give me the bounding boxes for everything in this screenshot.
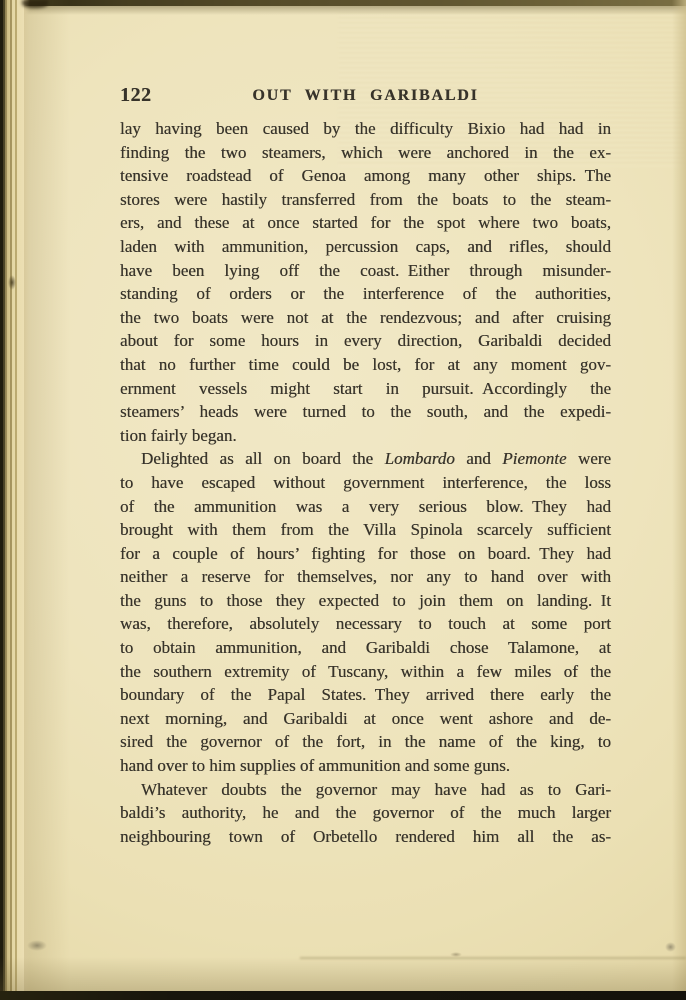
text-line: neither a reserve for themselves, nor an…: [120, 565, 611, 589]
text-segment: that no further time could be lost, for …: [120, 355, 611, 374]
text-line: boundary of the Papal States. They arriv…: [120, 683, 611, 707]
text-line: hand over to him supplies of ammunition …: [120, 754, 611, 778]
text-segment: baldi’s authority, he and the governor o…: [120, 803, 611, 822]
text-line: ernment vessels might start in pursuit. …: [120, 377, 611, 401]
text-line: the southern extremity of Tuscany, withi…: [120, 660, 611, 684]
text-line: to have escaped without government inter…: [120, 471, 611, 495]
text-line: finding the two steamers, which were anc…: [120, 141, 611, 165]
page-number: 122: [120, 84, 152, 107]
text-segment: to obtain ammunition, and Garibaldi chos…: [120, 638, 611, 657]
text-segment: tion fairly began.: [120, 426, 237, 445]
text-segment: Delighted as all on board the: [141, 449, 385, 468]
text-line: the two boats were not at the rendezvous…: [120, 306, 611, 330]
page-fore-edge: [672, 0, 686, 1000]
text-segment: ers, and these at once started for the s…: [120, 213, 611, 232]
text-segment: about for some hours in every direction,…: [120, 331, 611, 350]
text-segment: Whatever doubts the governor may have ha…: [141, 780, 611, 799]
text-segment: brought with them from the Villa Spinola…: [120, 520, 611, 539]
text-line: tensive roadstead of Genoa among many ot…: [120, 164, 611, 188]
text-segment: hand over to him supplies of ammunition …: [120, 756, 510, 775]
text-line: tion fairly began.: [120, 424, 611, 448]
paper-speck: [665, 942, 676, 952]
text-line: have been lying off the coast. Either th…: [120, 259, 611, 283]
text-segment: boundary of the Papal States. They arriv…: [120, 685, 611, 704]
text-line: the guns to those they expected to join …: [120, 589, 611, 613]
text-segment: of the ammunition was a very serious blo…: [120, 497, 611, 516]
text-line: next morning, and Garibaldi at once went…: [120, 707, 611, 731]
page-edge-line: [300, 957, 686, 959]
text-segment: the guns to those they expected to join …: [120, 591, 611, 610]
text-segment: have been lying off the coast. Either th…: [120, 261, 611, 280]
gutter-shadow: [24, 0, 70, 1000]
text-line: was, therefore, absolutely necessary to …: [120, 612, 611, 636]
book-scan: 122 OUT WITH GARIBALDI lay having been c…: [0, 0, 686, 1000]
text-line: Whatever doubts the governor may have ha…: [120, 778, 611, 802]
text-segment: were: [567, 449, 612, 468]
text-segment: lay having been caused by the difficulty…: [120, 119, 611, 138]
text-line: that no further time could be lost, for …: [120, 353, 611, 377]
text-segment: next morning, and Garibaldi at once went…: [120, 709, 611, 728]
text-line: standing of orders or the interference o…: [120, 282, 611, 306]
spine-blemish: [8, 275, 16, 290]
book-edge-bottom: [0, 991, 686, 1000]
text-segment: steamers’ heads were turned to the south…: [120, 402, 611, 421]
text-line: ers, and these at once started for the s…: [120, 211, 611, 235]
text-segment: stores were hastily transferred from the…: [120, 190, 611, 209]
ship-name-italic: Piemonte: [502, 449, 566, 468]
text-segment: tensive roadstead of Genoa among many ot…: [120, 166, 611, 185]
text-segment: neighbouring town of Orbetello rendered …: [120, 827, 611, 846]
text-line: about for some hours in every direction,…: [120, 329, 611, 353]
text-segment: was, therefore, absolutely necessary to …: [120, 614, 611, 633]
text-line: laden with ammunition, percussion caps, …: [120, 235, 611, 259]
text-line: baldi’s authority, he and the governor o…: [120, 801, 611, 825]
text-line: sired the governor of the fort, in the n…: [120, 730, 611, 754]
text-segment: finding the two steamers, which were anc…: [120, 143, 611, 162]
ship-name-italic: Lombardo: [385, 449, 455, 468]
text-segment: and: [455, 449, 503, 468]
text-segment: the two boats were not at the rendezvous…: [120, 308, 611, 327]
corner-blemish: [22, 0, 48, 8]
text-segment: neither a reserve for themselves, nor an…: [120, 567, 611, 586]
body-text: lay having been caused by the difficulty…: [120, 117, 611, 848]
text-segment: for a couple of hours’ fighting for thos…: [120, 544, 611, 563]
text-line: stores were hastily transferred from the…: [120, 188, 611, 212]
text-segment: ernment vessels might start in pursuit. …: [120, 379, 611, 398]
page-header: 122 OUT WITH GARIBALDI: [120, 84, 611, 108]
text-line: to obtain ammunition, and Garibaldi chos…: [120, 636, 611, 660]
text-segment: to have escaped without government inter…: [120, 473, 611, 492]
text-segment: standing of orders or the interference o…: [120, 284, 611, 303]
text-line: brought with them from the Villa Spinola…: [120, 518, 611, 542]
text-line: lay having been caused by the difficulty…: [120, 117, 611, 141]
text-line: for a couple of hours’ fighting for thos…: [120, 542, 611, 566]
text-line: of the ammunition was a very serious blo…: [120, 495, 611, 519]
text-segment: sired the governor of the fort, in the n…: [120, 732, 611, 751]
text-segment: laden with ammunition, percussion caps, …: [120, 237, 611, 256]
text-segment: the southern extremity of Tuscany, withi…: [120, 662, 611, 681]
book-edge-bottom-shadow: [0, 957, 686, 991]
text-line: Delighted as all on board the Lombardo a…: [120, 447, 611, 471]
text-line: neighbouring town of Orbetello rendered …: [120, 825, 611, 849]
book-edge-top-shadow: [0, 6, 686, 15]
text-line: steamers’ heads were turned to the south…: [120, 400, 611, 424]
bottom-smudge: [27, 940, 47, 951]
running-title: OUT WITH GARIBALDI: [120, 84, 611, 105]
